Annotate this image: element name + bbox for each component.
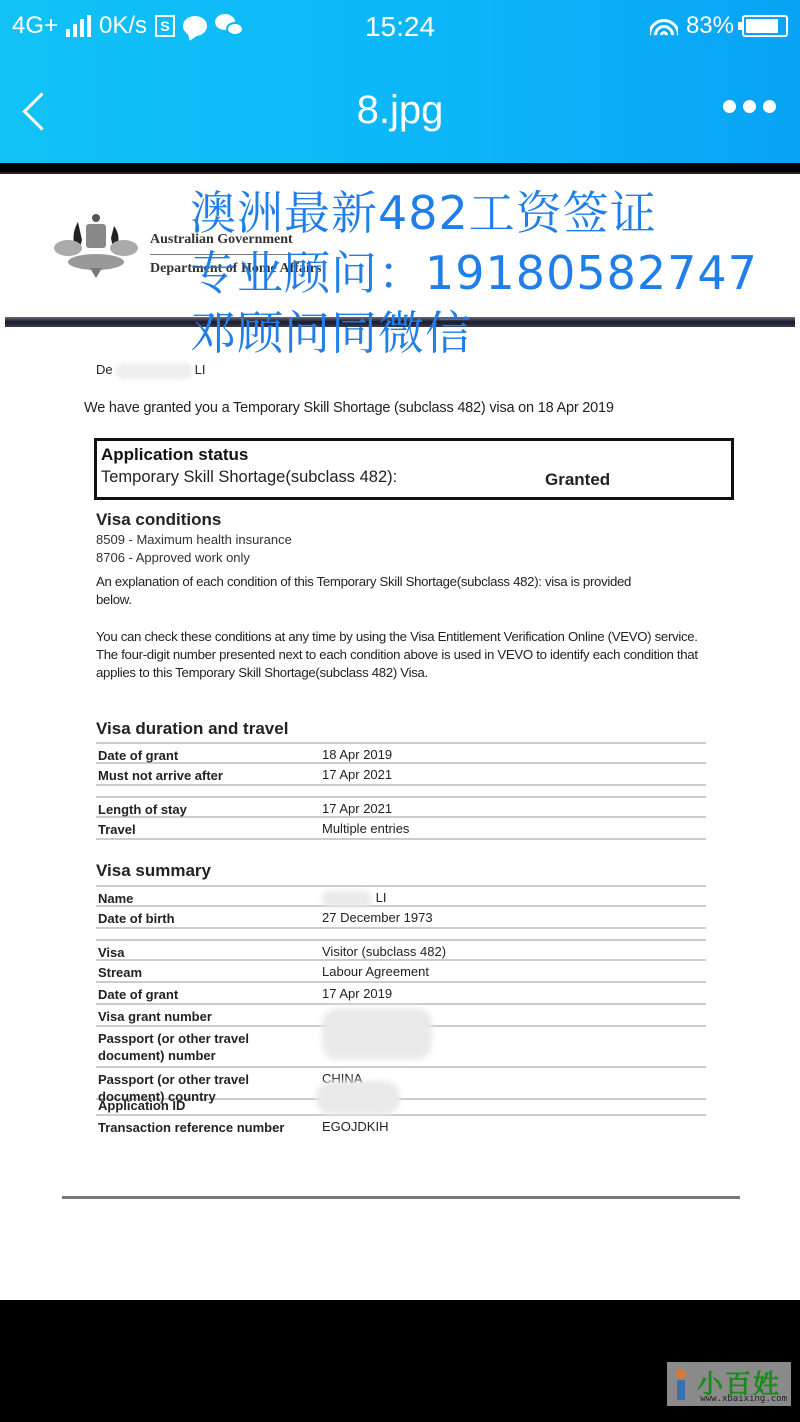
- redacted-name: [115, 363, 193, 379]
- vevo-note: You can check these conditions at any ti…: [96, 628, 706, 682]
- table-row: Application ID: [96, 1100, 706, 1116]
- conditions-explanation: An explanation of each condition of this…: [96, 573, 656, 609]
- table-row: Visa grant number: [96, 1005, 706, 1027]
- table-row: Date of grant17 Apr 2019: [96, 983, 706, 1005]
- site-url: www.xbaixing.com: [700, 1394, 787, 1404]
- status-value: Granted: [545, 470, 610, 490]
- table-row: Date of grant18 Apr 2019: [96, 742, 706, 764]
- app-header: 4G+ 0K/s S 15:24 83% 8.jpg: [0, 0, 800, 163]
- more-options-icon[interactable]: [723, 100, 776, 113]
- duration-travel-heading: Visa duration and travel: [96, 719, 288, 739]
- table-row: VisaVisitor (subclass 482): [96, 939, 706, 961]
- table-row: Length of stay17 Apr 2021: [96, 796, 706, 818]
- battery-icon: [742, 15, 788, 37]
- redacted-value: [322, 891, 372, 907]
- title-bar: 8.jpg: [0, 66, 800, 156]
- wifi-icon: [650, 15, 678, 37]
- salutation: DeLI: [96, 362, 205, 379]
- table-row: StreamLabour Agreement: [96, 961, 706, 983]
- footer-divider: [62, 1196, 740, 1199]
- duration-travel-table: Date of grant18 Apr 2019 Must not arrive…: [96, 742, 706, 840]
- farmer-mascot-icon: [671, 1365, 691, 1403]
- visa-conditions-heading: Visa conditions: [96, 510, 221, 530]
- watermark-line-3: 邓顾问同微信: [190, 310, 472, 356]
- table-row: TravelMultiple entries: [96, 818, 706, 840]
- table-row: Date of birth27 December 1973: [96, 907, 706, 929]
- watermark-line-1: 澳洲最新482工资签证: [190, 190, 657, 236]
- battery-percent: 83%: [686, 12, 734, 40]
- table-row: Passport (or other travel document) numb…: [96, 1027, 706, 1068]
- condition-item: 8706 - Approved work only: [96, 550, 250, 565]
- viewer-background: 小百姓 www.xbaixing.com: [0, 1300, 800, 1422]
- visa-summary-table: Name LI Date of birth27 December 1973 Vi…: [96, 885, 706, 1138]
- redacted-value: [316, 1081, 400, 1115]
- visa-summary-heading: Visa summary: [96, 861, 211, 881]
- table-row: Must not arrive after17 Apr 2021: [96, 764, 706, 786]
- document-image[interactable]: Australian Government Department of Home…: [0, 172, 800, 1300]
- table-row: Name LI: [96, 885, 706, 907]
- application-status-box: Application status Temporary Skill Short…: [94, 438, 734, 500]
- coat-of-arms-icon: [50, 210, 142, 280]
- grant-statement: We have granted you a Temporary Skill Sh…: [84, 400, 614, 416]
- condition-item: 8509 - Maximum health insurance: [96, 532, 292, 547]
- site-logo: 小百姓 www.xbaixing.com: [667, 1362, 791, 1406]
- status-bar: 4G+ 0K/s S 15:24 83%: [0, 0, 800, 56]
- table-row: Passport (or other travel document) coun…: [96, 1068, 706, 1100]
- file-title: 8.jpg: [0, 88, 800, 133]
- table-row: Transaction reference numberEGOJDKIH: [96, 1116, 706, 1138]
- watermark-line-2: 专业顾问：19180582747: [190, 250, 758, 296]
